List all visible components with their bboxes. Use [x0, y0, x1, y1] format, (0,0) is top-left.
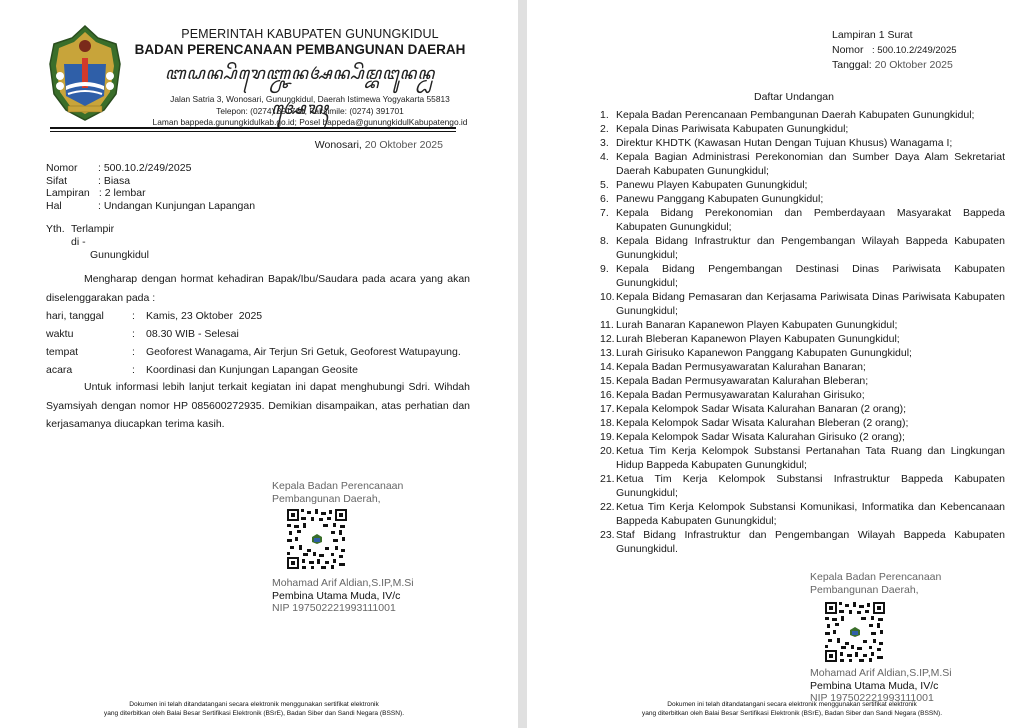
- invitee-item: 21.Ketua Tim Kerja Kelompok Substansi In…: [600, 472, 1005, 500]
- invitee-text: Lurah Banaran Kapanewon Playen Kabupaten…: [616, 319, 897, 331]
- attachment-signer-position-line1: Kepala Badan Perencanaan: [810, 571, 941, 584]
- invitee-text: Kepala Kelompok Sadar Wisata Kalurahan G…: [616, 431, 905, 443]
- letter-place: Wonosari,: [315, 139, 362, 151]
- invitee-text: Kepala Badan Perencanaan Pembangunan Dae…: [616, 109, 974, 121]
- invitee-number: 7.: [600, 206, 609, 220]
- invitee-number: 18.: [600, 416, 615, 430]
- invitee-text: Lurah Girisuko Kapanewon Panggang Kabupa…: [616, 347, 912, 359]
- invitee-text: Kepala Kelompok Sadar Wisata Kalurahan B…: [616, 403, 906, 415]
- signer-name: Mohamad Arif Aldian,S.IP,M.Si: [272, 577, 414, 590]
- letter-opening: Mengharap dengan hormat kehadiran Bapak/…: [46, 270, 470, 307]
- invitee-text: Kepala Bagian Administrasi Perekonomian …: [616, 151, 1005, 177]
- invitee-number: 20.: [600, 444, 615, 458]
- attachment-e-signature-footer: Dokumen ini telah ditandatangani secara …: [572, 700, 1012, 718]
- letter-page: PEMERINTAH KABUPATEN GUNUNGKIDUL BADAN P…: [0, 0, 518, 728]
- detail-row-place: tempat:Geoforest Wanagama, Air Terjun Sr…: [46, 346, 461, 358]
- invitee-item: 17.Kepala Kelompok Sadar Wisata Kaluraha…: [600, 402, 1005, 416]
- invitee-number: 9.: [600, 262, 609, 276]
- invitee-item: 5.Panewu Playen Kabupaten Gunungkidul;: [600, 178, 1005, 192]
- letterhead-phone: Telepon: (0274) 391761, Faksimile: (0274…: [130, 106, 490, 116]
- invitee-text: Kepala Bidang Pemasaran dan Kerjasama Pa…: [616, 291, 1005, 317]
- invitee-number: 19.: [600, 430, 615, 444]
- invitee-text: Ketua Tim Kerja Kelompok Substansi Perta…: [616, 445, 1005, 471]
- invitee-list: 1.Kepala Badan Perencanaan Pembangunan D…: [600, 108, 1005, 556]
- invitee-number: 10.: [600, 290, 615, 304]
- invitee-number: 12.: [600, 332, 615, 346]
- invitee-text: Panewu Panggang Kabupaten Gunungkidul;: [616, 193, 823, 205]
- invitee-text: Kepala Bidang Infrastruktur dan Pengemba…: [616, 235, 1005, 261]
- invitee-item: 1.Kepala Badan Perencanaan Pembangunan D…: [600, 108, 1005, 122]
- attachment-page: Lampiran 1 Surat Nomor: 500.10.2/249/202…: [527, 0, 1033, 728]
- invitee-text: Ketua Tim Kerja Kelompok Substansi Infra…: [616, 473, 1005, 499]
- invitee-number: 21.: [600, 472, 615, 486]
- attachment-title: Lampiran 1 Surat: [832, 28, 957, 43]
- attachment-header: Lampiran 1 Surat Nomor: 500.10.2/249/202…: [832, 28, 957, 73]
- invitee-number: 15.: [600, 374, 615, 388]
- invitee-item: 3.Direktur KHDTK (Kawasan Hutan Dengan T…: [600, 136, 1005, 150]
- invitee-number: 13.: [600, 346, 615, 360]
- invitee-number: 3.: [600, 136, 609, 150]
- detail-row-event: acara:Koordinasi dan Kunjungan Lapangan …: [46, 364, 358, 376]
- regency-emblem-icon: [46, 24, 124, 122]
- invitee-item: 6.Panewu Panggang Kabupaten Gunungkidul;: [600, 192, 1005, 206]
- invitee-item: 10.Kepala Bidang Pemasaran dan Kerjasama…: [600, 290, 1005, 318]
- invitee-number: 5.: [600, 178, 609, 192]
- invitee-text: Staf Bidang Infrastruktur dan Pengembang…: [616, 529, 1005, 555]
- letterhead-web: Laman bappeda.gunungkidulkab.go.id; Pose…: [130, 117, 490, 127]
- invitee-text: Lurah Bleberan Kapanewon Playen Kabupate…: [616, 333, 900, 345]
- invitee-number: 23.: [600, 528, 615, 542]
- recipient-to: Terlampir: [71, 223, 114, 235]
- letterhead-rule: [50, 127, 456, 129]
- page-gutter: [518, 0, 527, 728]
- invitee-text: Kepala Dinas Pariwisata Kabupaten Gunung…: [616, 123, 848, 135]
- letter-date-value: 20 Oktober 2025: [365, 139, 443, 151]
- letterhead-rule-thin: [50, 131, 456, 132]
- letterhead-address: Jalan Satria 3, Wonosari, Gunungkidul, D…: [130, 94, 490, 104]
- invitee-number: 16.: [600, 388, 615, 402]
- invitee-number: 6.: [600, 192, 609, 206]
- invitee-item: 15.Kepala Badan Permusyawaratan Kaluraha…: [600, 374, 1005, 388]
- meta-row-sifat: Sifat: Biasa: [46, 175, 255, 188]
- signer-position-line2: Pembangunan Daerah,: [272, 493, 403, 506]
- meta-row-hal: Hal: Undangan Kunjungan Lapangan: [46, 200, 255, 213]
- invitee-item: 13.Lurah Girisuko Kapanewon Panggang Kab…: [600, 346, 1005, 360]
- invitee-number: 11.: [600, 318, 614, 332]
- invitee-text: Kepala Badan Permusyawaratan Kalurahan B…: [616, 375, 868, 387]
- invitee-number: 4.: [600, 150, 609, 164]
- attachment-signature-block: Kepala Badan Perencanaan Pembangunan Dae…: [810, 571, 941, 596]
- invitee-item: 4.Kepala Bagian Administrasi Perekonomia…: [600, 150, 1005, 178]
- invitee-item: 19.Kepala Kelompok Sadar Wisata Kaluraha…: [600, 430, 1005, 444]
- attachment-signer-details: Mohamad Arif Aldian,S.IP,M.Si Pembina Ut…: [810, 667, 952, 705]
- invitee-text: Direktur KHDTK (Kawasan Hutan Dengan Tuj…: [616, 137, 952, 149]
- invitee-item: 7.Kepala Bidang Perekonomian dan Pemberd…: [600, 206, 1005, 234]
- signer-rank: Pembina Utama Muda, IV/c: [272, 590, 414, 603]
- attachment-number: Nomor: 500.10.2/249/2025: [832, 43, 957, 58]
- invitee-text: Ketua Tim Kerja Kelompok Substansi Komun…: [616, 501, 1005, 527]
- recipient-yth: Yth.: [46, 223, 65, 235]
- signer-nip: NIP 197502221993111001: [272, 602, 414, 615]
- invitee-number: 1.: [600, 108, 609, 122]
- recipient-di: di -: [71, 236, 86, 248]
- invitee-number: 22.: [600, 500, 615, 514]
- invitee-item: 11.Lurah Banaran Kapanewon Playen Kabupa…: [600, 318, 1005, 332]
- invitee-text: Kepala Bidang Pengembangan Destinasi Din…: [616, 263, 1005, 289]
- invitee-text: Kepala Kelompok Sadar Wisata Kalurahan B…: [616, 417, 908, 429]
- invitee-item: 12.Lurah Bleberan Kapanewon Playen Kabup…: [600, 332, 1005, 346]
- signature-block: Kepala Badan Perencanaan Pembangunan Dae…: [272, 480, 403, 505]
- attachment-signer-name: Mohamad Arif Aldian,S.IP,M.Si: [810, 667, 952, 680]
- invitee-item: 16.Kepala Badan Permusyawaratan Kaluraha…: [600, 388, 1005, 402]
- letterhead-government: PEMERINTAH KABUPATEN GUNUNGKIDUL: [130, 27, 490, 41]
- meta-row-lampiran: Lampiran : 2 lembar: [46, 187, 255, 200]
- invitee-item: 20.Ketua Tim Kerja Kelompok Substansi Pe…: [600, 444, 1005, 472]
- detail-row-date: hari, tanggal:Kamis, 23 Oktober 2025: [46, 310, 262, 322]
- invitee-number: 8.: [600, 234, 609, 248]
- invitee-number: 14.: [600, 360, 615, 374]
- e-signature-footer: Dokumen ini telah ditandatangani secara …: [34, 700, 474, 718]
- invitee-item: 2.Kepala Dinas Pariwisata Kabupaten Gunu…: [600, 122, 1005, 136]
- attachment-signer-position-line2: Pembangunan Daerah,: [810, 584, 941, 597]
- attachment-signer-rank: Pembina Utama Muda, IV/c: [810, 680, 952, 693]
- invitee-text: Kepala Badan Permusyawaratan Kalurahan G…: [616, 389, 865, 401]
- invitee-number: 17.: [600, 402, 615, 416]
- invitee-number: 2.: [600, 122, 609, 136]
- attachment-date: Tanggal: 20 Oktober 2025: [832, 58, 957, 73]
- invitee-item: 8.Kepala Bidang Infrastruktur dan Pengem…: [600, 234, 1005, 262]
- invitee-item: 14.Kepala Badan Permusyawaratan Kaluraha…: [600, 360, 1005, 374]
- signer-details: Mohamad Arif Aldian,S.IP,M.Si Pembina Ut…: [272, 577, 414, 615]
- invitee-item: 18.Kepala Kelompok Sadar Wisata Kaluraha…: [600, 416, 1005, 430]
- signer-position-line1: Kepala Badan Perencanaan: [272, 480, 403, 493]
- invitee-text: Panewu Playen Kabupaten Gunungkidul;: [616, 179, 807, 191]
- letter-date: Wonosari, 20 Oktober 2025: [280, 139, 443, 151]
- invitee-text: Kepala Bidang Perekonomian dan Pemberday…: [616, 207, 1005, 233]
- invitee-text: Kepala Badan Permusyawaratan Kalurahan B…: [616, 361, 866, 373]
- letter-closing: Untuk informasi lebih lanjut terkait keg…: [46, 378, 470, 434]
- letterhead-agency: BADAN PERENCANAAN PEMBANGUNAN DAERAH: [130, 42, 470, 57]
- letter-meta: Nomor: 500.10.2/249/2025 Sifat: Biasa La…: [46, 162, 255, 212]
- attachment-qr-code-icon: [825, 602, 885, 662]
- detail-row-time: waktu:08.30 WIB - Selesai: [46, 328, 239, 340]
- signature-qr-code-icon: [287, 509, 347, 569]
- invitee-item: 9.Kepala Bidang Pengembangan Destinasi D…: [600, 262, 1005, 290]
- recipient-city: Gunungkidul: [90, 249, 149, 261]
- invitee-item: 23.Staf Bidang Infrastruktur dan Pengemb…: [600, 528, 1005, 556]
- meta-row-nomor: Nomor: 500.10.2/249/2025: [46, 162, 255, 175]
- invitee-item: 22.Ketua Tim Kerja Kelompok Substansi Ko…: [600, 500, 1005, 528]
